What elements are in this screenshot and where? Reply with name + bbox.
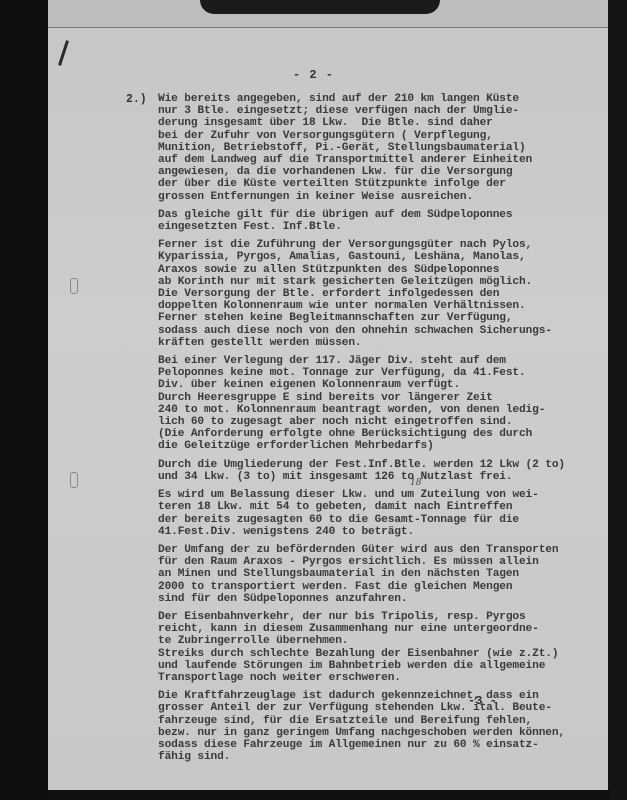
- text-line: Div. über keinen eigenen Kolonnenraum ve…: [158, 379, 588, 391]
- section-number: 2.): [126, 93, 147, 106]
- paragraph: Es wird um Belassung dieser Lkw. und um …: [158, 489, 588, 538]
- text-line: grossen Entfernungen in keiner Weise aus…: [158, 191, 588, 203]
- text-line: sodass auch diese noch von den ohnehin s…: [158, 325, 588, 337]
- text-line: Der Umfang der zu befördernden Güter wir…: [158, 544, 588, 556]
- text-line: bei der Zufuhr von Versorgungsgütern ( V…: [158, 130, 588, 142]
- text-line: Die Versorgung der Btle. erfordert infol…: [158, 288, 588, 300]
- paragraph: Ferner ist die Zuführung der Versorgungs…: [158, 239, 588, 349]
- paragraph: Wie bereits angegeben, sind auf der 210 …: [158, 93, 588, 203]
- text-line: Streiks durch schlechte Bezahlung der Ei…: [158, 648, 588, 660]
- paragraph: Der Umfang der zu befördernden Güter wir…: [158, 544, 588, 605]
- next-page-marker: -3 -: [468, 694, 497, 708]
- paragraph: Durch die Umgliederung der Fest.Inf.Btle…: [158, 459, 588, 483]
- text-line: sind für den Südpeloponnes anzufahren.: [158, 593, 588, 605]
- text-line: sodass diese Fahrzeuge im Allgemeinen nu…: [158, 739, 588, 751]
- text-line: lich 60 to zugesagt aber noch nicht eing…: [158, 416, 588, 428]
- text-line: Transportlage noch weiter erschweren.: [158, 672, 588, 684]
- paragraph: Das gleiche gilt für die übrigen auf dem…: [158, 209, 588, 233]
- text-line: Der Eisenbahnverkehr, der nur bis Tripol…: [158, 611, 588, 623]
- text-line: bezw. nur in ganz geringem Umfang nachge…: [158, 727, 588, 739]
- paragraph: Die Kraftfahrzeuglage ist dadurch gekenn…: [158, 690, 588, 763]
- text-line: Kyparissia, Pyrgos, Amalias, Gastouni, L…: [158, 251, 588, 263]
- text-line: Bei einer Verlegung der 117. Jäger Div. …: [158, 355, 588, 367]
- scan-border-right: [608, 0, 627, 800]
- text-line: Munition, Betriebstoff, Pi.-Gerät, Stell…: [158, 142, 588, 154]
- text-line: Durch Heeresgruppe E sind bereits vor lä…: [158, 392, 588, 404]
- text-line: Die Kraftfahrzeuglage ist dadurch gekenn…: [158, 690, 588, 702]
- binder-clip: [200, 0, 440, 14]
- text-line: Ferner ist die Zuführung der Versorgungs…: [158, 239, 588, 251]
- text-line: kräften gestellt werden müssen.: [158, 337, 588, 349]
- paragraph: Bei einer Verlegung der 117. Jäger Div. …: [158, 355, 588, 453]
- text-line: Durch die Umgliederung der Fest.Inf.Btle…: [158, 459, 588, 471]
- text-line: Araxos sowie zu allen Stützpunkten des S…: [158, 264, 588, 276]
- text-line: 41.Fest.Div. wenigstens 240 to beträgt.: [158, 526, 588, 538]
- text-line: derung insgesamt über 18 Lkw. Die Btle. …: [158, 117, 588, 129]
- text-line: teren 18 Lkw. mit 54 to gebeten, damit n…: [158, 501, 588, 513]
- document-body: Wie bereits angegeben, sind auf der 210 …: [158, 93, 588, 769]
- text-line: an Minen und Stellungsbaumaterial in den…: [158, 568, 588, 580]
- paragraph: Der Eisenbahnverkehr, der nur bis Tripol…: [158, 611, 588, 684]
- text-line: (Die Anforderung erfolgte ohne Berücksic…: [158, 428, 588, 440]
- text-line: für den Raum Araxos - Pyrgos ersichtlich…: [158, 556, 588, 568]
- text-line: und 34 Lkw. (3 to) mit insgesamt 126 to …: [158, 471, 588, 483]
- text-line: nur 3 Btle. eingesetzt; diese verfügen n…: [158, 105, 588, 117]
- punch-hole-lower: [70, 472, 78, 488]
- text-line: doppelten Kolonnenraum wie unter normale…: [158, 300, 588, 312]
- text-line: Peloponnes keine mot. Tonnage zur Verfüg…: [158, 367, 588, 379]
- text-line: te Zubringerrolle übernehmen.: [158, 635, 588, 647]
- text-line: reicht, kann in diesem Zusammenhang nur …: [158, 623, 588, 635]
- text-line: angewiesen, da die vorhandenen Lkw. für …: [158, 166, 588, 178]
- scan-border-bottom: [48, 790, 611, 800]
- text-line: fahrzeuge sind, für die Ersatzteile und …: [158, 715, 588, 727]
- text-line: 240 to mot. Kolonnenraum beantragt worde…: [158, 404, 588, 416]
- text-line: grosser Anteil der zur Verfügung stehend…: [158, 702, 588, 714]
- text-line: die Geleitzüge erforderlichen Mehrbedarf…: [158, 440, 588, 452]
- text-line: auf dem Landweg auf die Transportmittel …: [158, 154, 588, 166]
- text-line: ab Korinth nur mit stark gesicherten Gel…: [158, 276, 588, 288]
- text-line: 2000 to transportiert werden. Fast die g…: [158, 581, 588, 593]
- punch-hole-upper: [70, 278, 78, 294]
- text-line: eingesetzten Fest. Inf.Btle.: [158, 221, 588, 233]
- text-line: Wie bereits angegeben, sind auf der 210 …: [158, 93, 588, 105]
- text-line: Ferner stehen keine Begleitmannschaften …: [158, 312, 588, 324]
- text-line: und laufende Störungen im Bahnbetrieb we…: [158, 660, 588, 672]
- text-line: der über die Küste verteilten Stützpunkt…: [158, 178, 588, 190]
- text-line: Das gleiche gilt für die übrigen auf dem…: [158, 209, 588, 221]
- text-line: fähig sind.: [158, 751, 588, 763]
- text-line: Es wird um Belassung dieser Lkw. und um …: [158, 489, 588, 501]
- page-number: - 2 -: [0, 68, 627, 82]
- text-line: der bereits zugesagten 60 to die Gesamt-…: [158, 514, 588, 526]
